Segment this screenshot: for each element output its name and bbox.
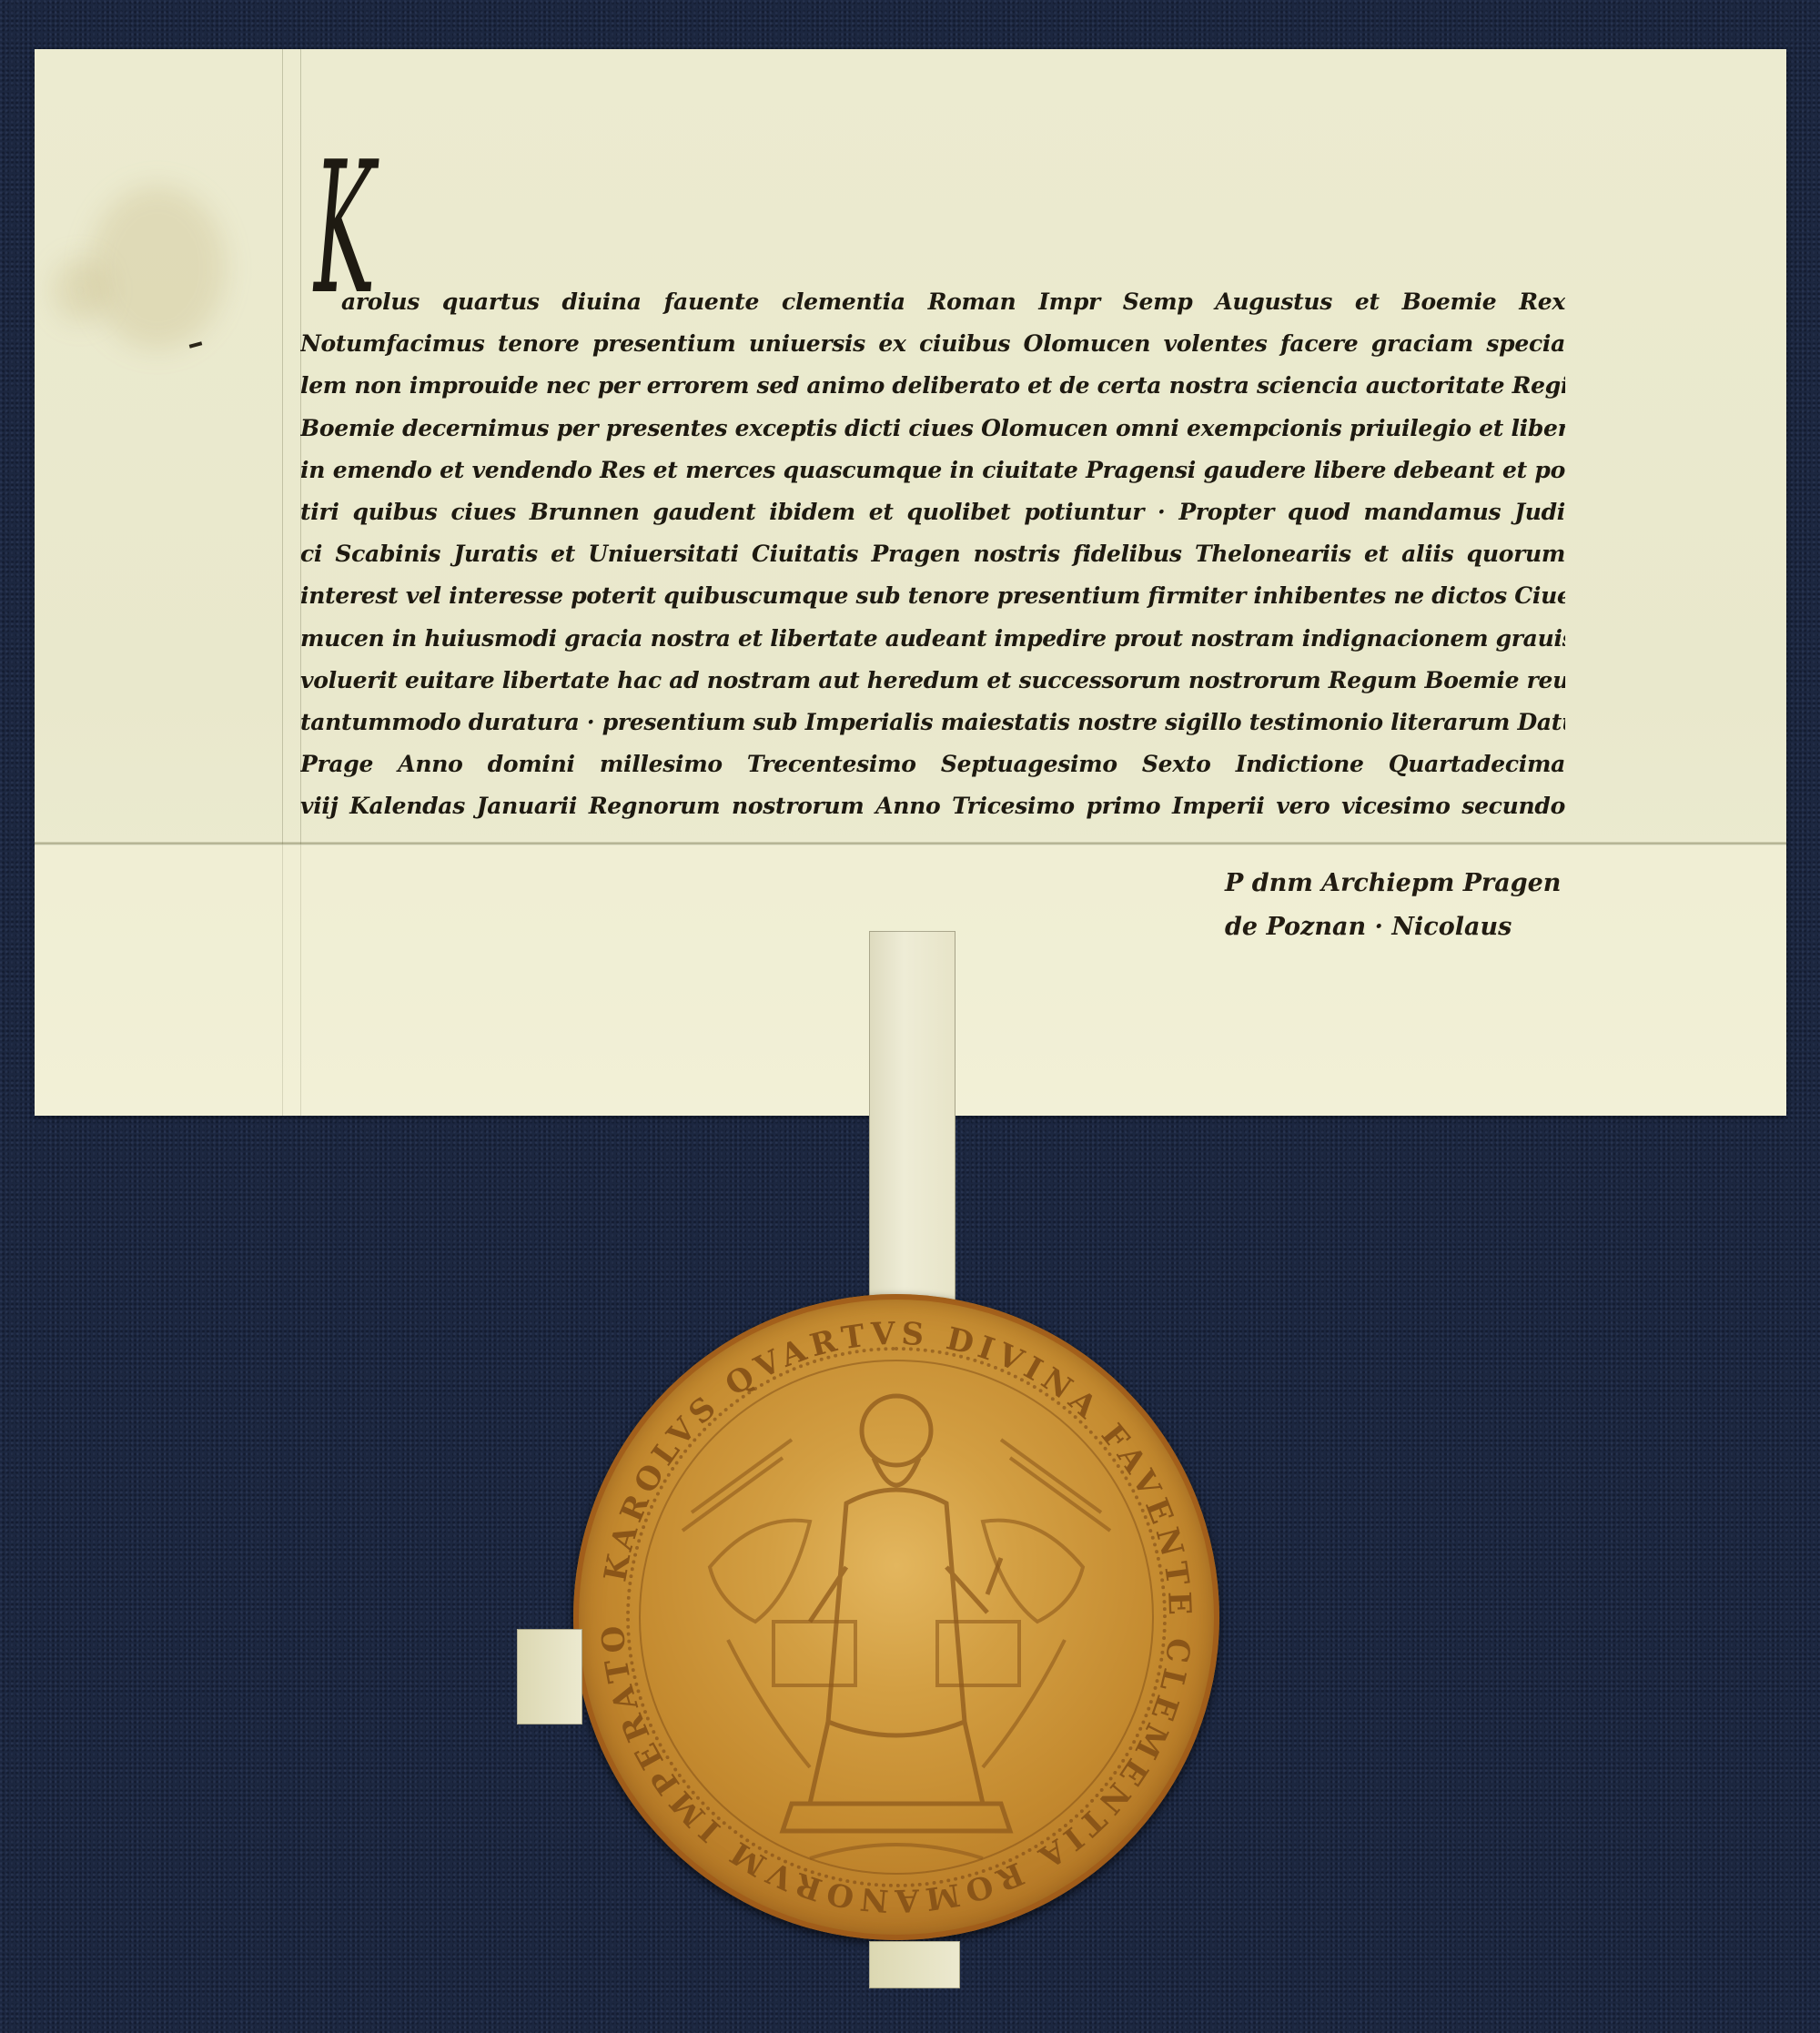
text-line: in emendo et vendendo Res et merces quas… <box>300 450 1565 491</box>
wax-seal: KAROLVS QVARTVS DIVINA FAVENTE CLEMENTIA… <box>573 1294 1219 1940</box>
fold-line <box>35 842 1786 845</box>
text-line: mucen in huiusmodi gracia nostra et libe… <box>300 618 1565 660</box>
signature-line: de Poznan · Nicolaus <box>1225 905 1525 949</box>
enthroned-emperor-icon <box>573 1294 1219 1940</box>
text-line: tantummodo duratura · presentium sub Imp… <box>300 702 1565 743</box>
seal-strap <box>869 931 955 1313</box>
text-line: tiri quibus ciues Brunnen gaudent ibidem… <box>300 491 1565 533</box>
text-line: ci Scabinis Juratis et Uniuersitati Ciui… <box>300 533 1565 575</box>
chancery-signature: P dnm Archiepm Pragen de Poznan · Nicola… <box>1225 862 1525 949</box>
text-line: Boemie decernimus per presentes exceptis… <box>300 408 1565 450</box>
text-line: Notumfacimus tenore presentium uniuersis… <box>300 323 1565 365</box>
seal-strap-stub-left <box>517 1629 582 1725</box>
text-line: interest vel interesse poterit quibuscum… <box>300 575 1565 617</box>
text-line: viij Kalendas Januarii Regnorum nostroru… <box>300 785 1565 827</box>
signature-line: P dnm Archiepm Pragen <box>1225 862 1525 905</box>
text-line: lem non improuide nec per errorem sed an… <box>300 365 1565 407</box>
seal-strap-stub-bottom <box>869 1941 960 1988</box>
charter-text: arolus quartus diuina fauente clementia … <box>300 281 1565 827</box>
text-line: voluerit euitare libertate hac ad nostra… <box>300 660 1565 702</box>
water-stain <box>89 186 226 349</box>
text-line: arolus quartus diuina fauente clementia … <box>300 281 1565 323</box>
water-stain <box>53 258 107 322</box>
text-line: Prage Anno domini millesimo Trecentesimo… <box>300 743 1565 785</box>
margin-mark <box>189 341 203 348</box>
